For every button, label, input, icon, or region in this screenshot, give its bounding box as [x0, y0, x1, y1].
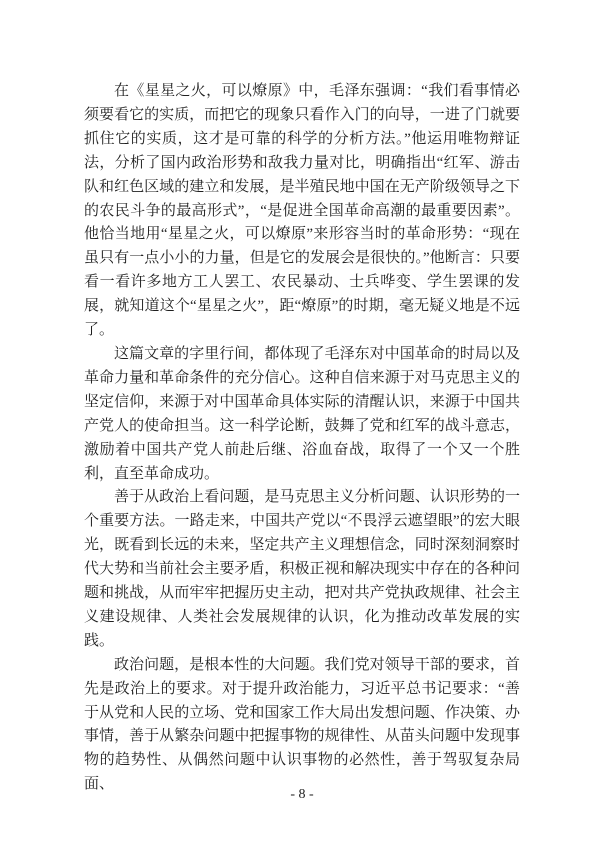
document-page: 在《星星之火，可以燎原》中，毛泽东强调：“我们看事情必须要看它的实质，而把它的现… [0, 0, 600, 849]
document-body: 在《星星之火，可以燎原》中，毛泽东强调：“我们看事情必须要看它的实质，而把它的现… [84, 80, 520, 797]
paragraph-2: 这篇文章的字里行间，都体现了毛泽东对中国革命的时局以及革命力量和革命条件的充分信… [84, 343, 520, 486]
paragraph-3: 善于从政治上看问题，是马克思主义分析问题、认识形势的一个重要方法。一路走来，中国… [84, 486, 520, 653]
page-number: - 8 - [84, 786, 520, 804]
paragraph-4: 政治问题，是根本性的大问题。我们党对领导干部的要求，首先是政治上的要求。对于提升… [84, 654, 520, 797]
paragraph-1: 在《星星之火，可以燎原》中，毛泽东强调：“我们看事情必须要看它的实质，而把它的现… [84, 80, 520, 343]
